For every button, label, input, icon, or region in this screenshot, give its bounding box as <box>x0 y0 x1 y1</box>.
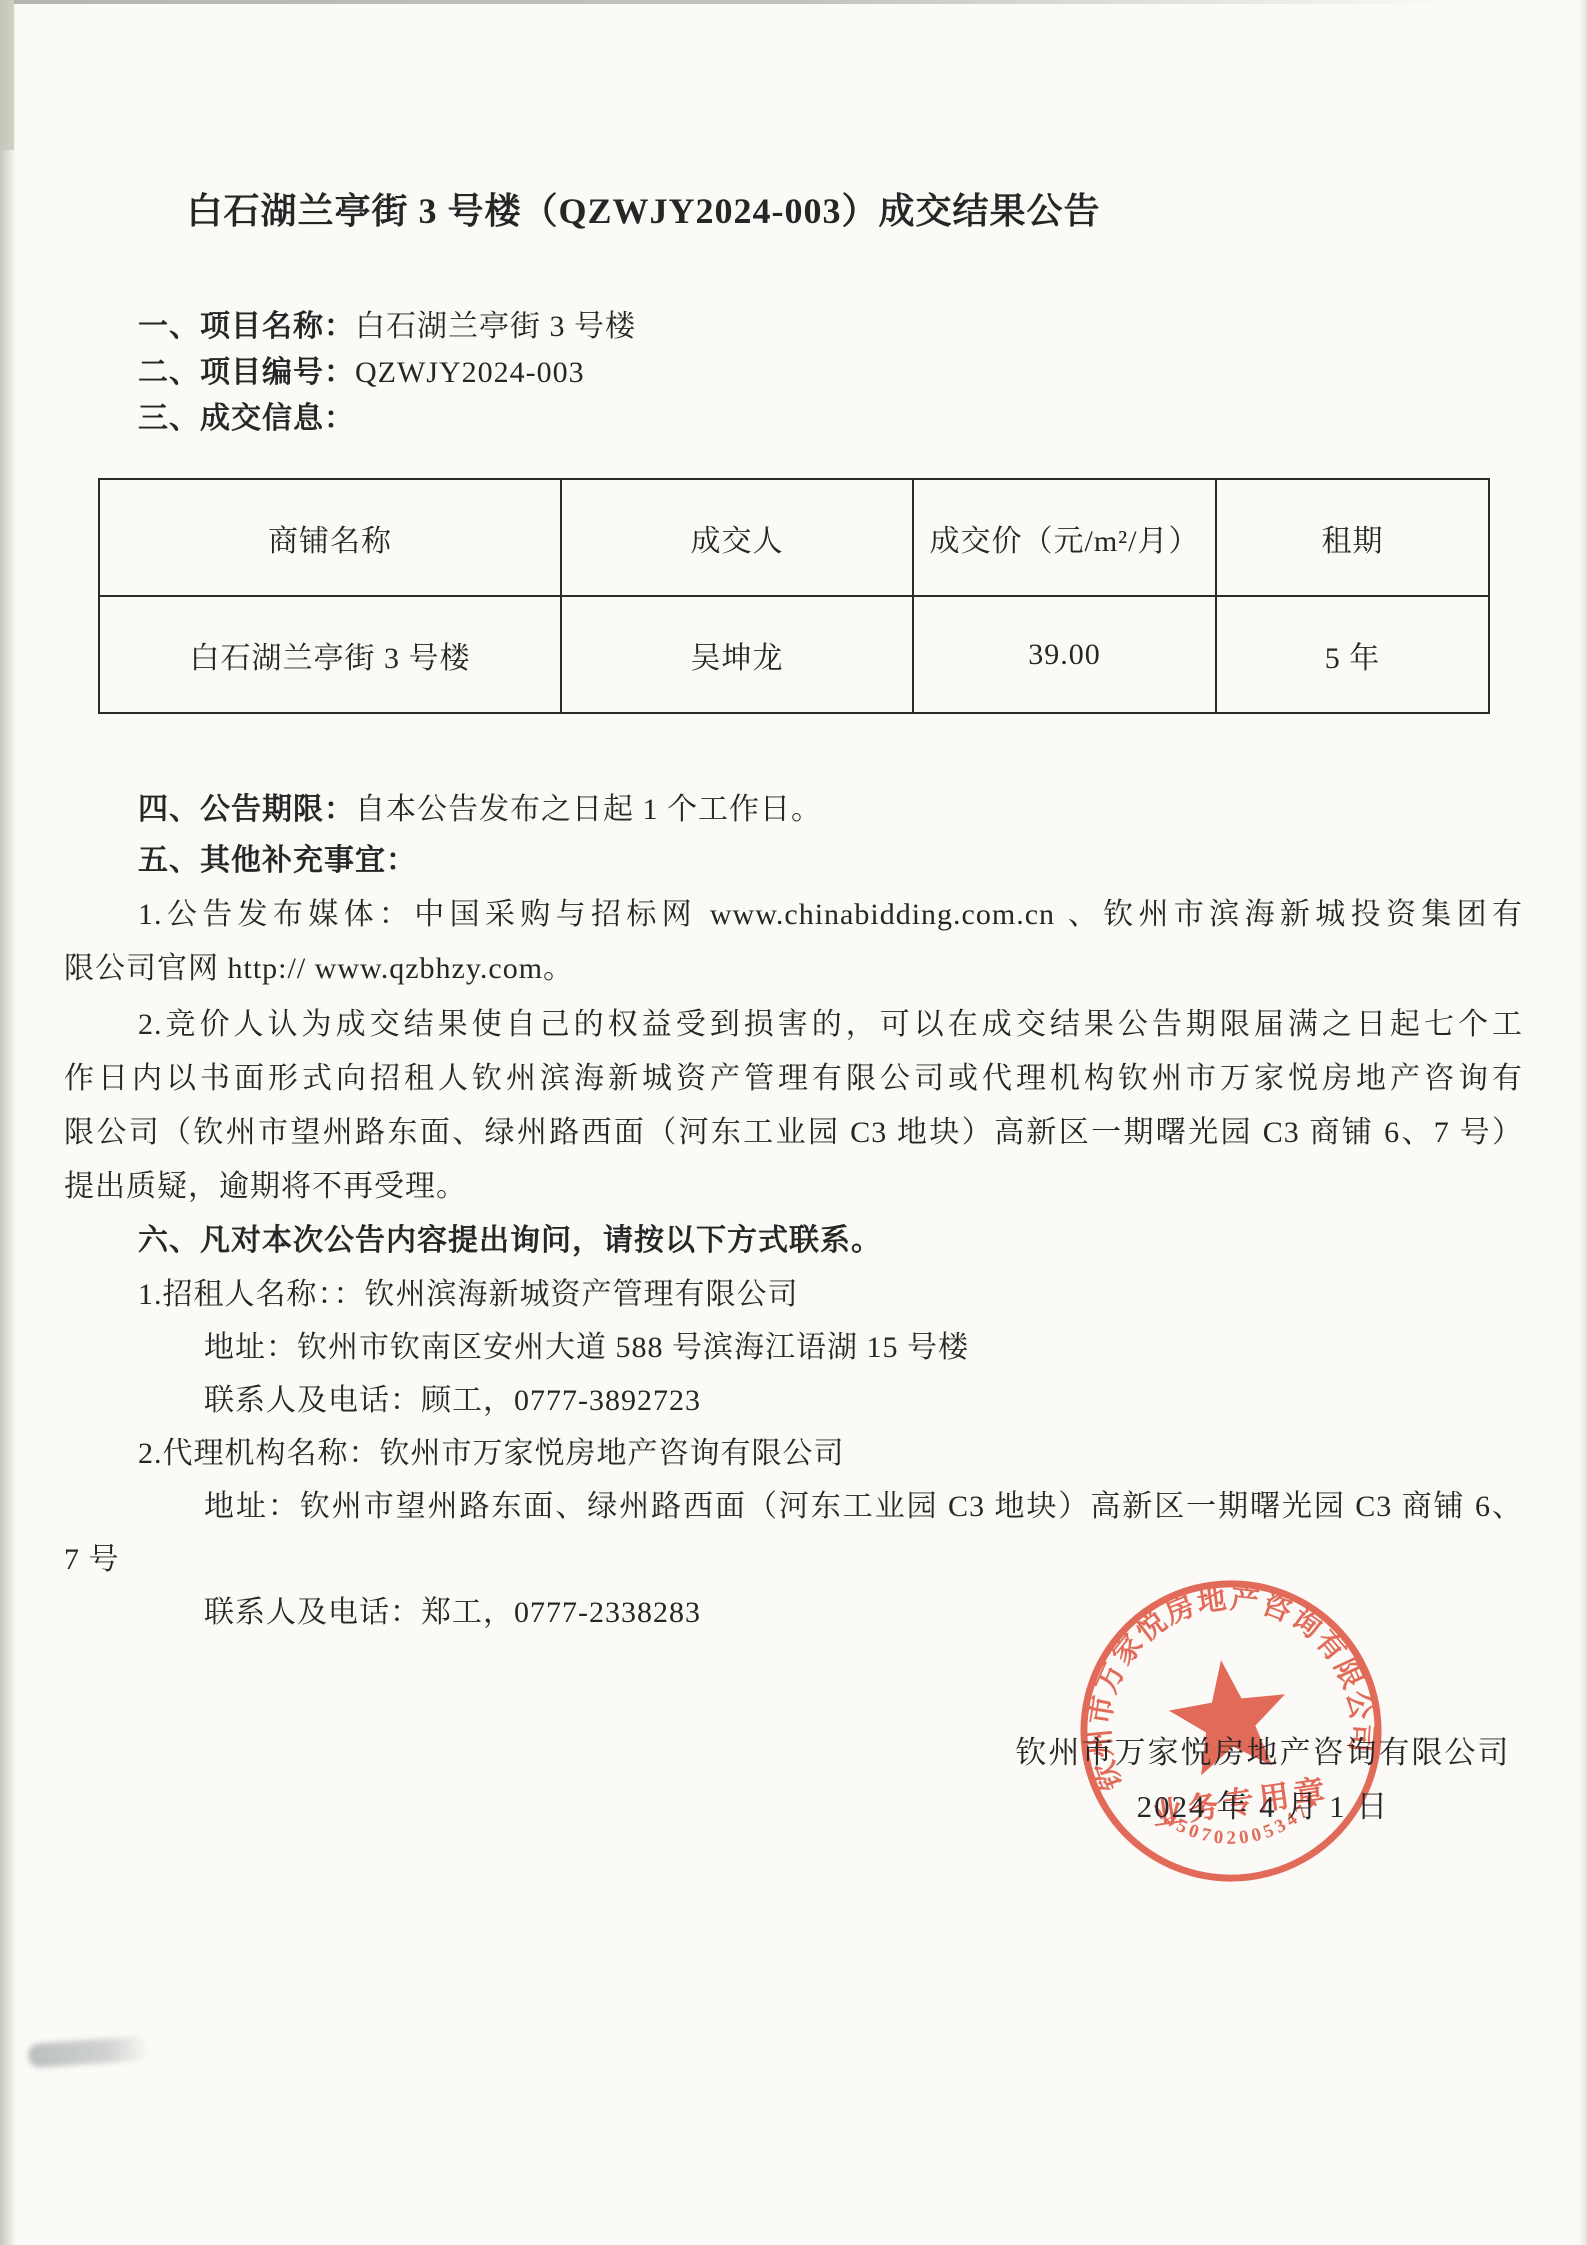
item-project-name-label: 一、项目名称： <box>138 310 355 343</box>
agency-address-line-1: 地址：钦州市望州路东面、绿州路西面（河东工业园 C3 地块）高新区一期曙光园 C… <box>64 1480 1523 1533</box>
project-info-list: 一、项目名称：白石湖兰亭街 3 号楼 二、项目编号：QZWJY2024-003 … <box>64 304 1523 442</box>
section-4-text: 自本公告发布之日起 1 个工作日。 <box>355 793 822 826</box>
lessor-name: 1.招租人名称：：钦州滨海新城资产管理有限公司 <box>64 1268 1523 1321</box>
col-header-winner: 成交人 <box>561 479 913 596</box>
table-row: 白石湖兰亭街 3 号楼 吴坤龙 39.00 5 年 <box>99 596 1489 713</box>
deal-result-table: 商铺名称 成交人 成交价（元/m²/月） 租期 白石湖兰亭街 3 号楼 吴坤龙 … <box>98 478 1490 714</box>
col-header-lease-term: 租期 <box>1216 479 1489 596</box>
scan-edge-right <box>1579 0 1587 2245</box>
document-content: 白石湖兰亭街 3 号楼（QZWJY2024-003）成交结果公告 一、项目名称：… <box>64 0 1523 1639</box>
scan-corner-shadow <box>0 0 14 150</box>
company-seal-stamp: 钦州市万家悦房地产咨询有限公司 业务专用章 4507020053474 <box>1051 1551 1410 1910</box>
cell-price: 39.00 <box>913 596 1216 713</box>
col-header-shop-name: 商铺名称 <box>99 479 561 596</box>
seal-icon: 钦州市万家悦房地产咨询有限公司 业务专用章 4507020053474 <box>1051 1551 1410 1910</box>
col-header-price: 成交价（元/m²/月） <box>913 479 1216 596</box>
cell-winner: 吴坤龙 <box>561 596 913 713</box>
section-4-announcement-period: 四、公告期限：自本公告发布之日起 1 个工作日。 <box>64 784 1523 835</box>
paragraph-objection-line-4: 提出质疑，逾期将不再受理。 <box>64 1160 1523 1214</box>
cell-lease-term: 5 年 <box>1216 596 1489 713</box>
paragraph-media-line-2: 限公司官网 http:// www.qzbhzy.com。 <box>64 942 1523 996</box>
lessor-address: 地址：钦州市钦南区安州大道 588 号滨海江语湖 15 号楼 <box>64 1321 1523 1374</box>
paragraph-objection: 2.竞价人认为成交结果使自己的权益受到损害的，可以在成交结果公告期限届满之日起七… <box>64 998 1523 1214</box>
page-title: 白石湖兰亭街 3 号楼（QZWJY2024-003）成交结果公告 <box>64 0 1523 234</box>
item-project-code-value: QZWJY2024-003 <box>355 356 585 389</box>
signature-block: 钦州市万家悦房地产咨询有限公司 2024 年 4 月 1 日 <box>1005 1736 1521 1824</box>
table-header-row: 商铺名称 成交人 成交价（元/m²/月） 租期 <box>99 479 1489 596</box>
item-project-name-value: 白石湖兰亭街 3 号楼 <box>355 310 636 343</box>
item-project-name: 一、项目名称：白石湖兰亭街 3 号楼 <box>64 304 1523 350</box>
item-project-code-label: 二、项目编号： <box>138 356 355 389</box>
signature-date: 2024 年 4 月 1 日 <box>1005 1790 1521 1824</box>
cell-shop-name: 白石湖兰亭街 3 号楼 <box>99 596 561 713</box>
section-4-label: 四、公告期限： <box>138 793 355 826</box>
agency-name: 2.代理机构名称：钦州市万家悦房地产咨询有限公司 <box>64 1427 1523 1480</box>
item-project-code: 二、项目编号：QZWJY2024-003 <box>64 350 1523 396</box>
lessor-contact-phone: 联系人及电话：顾工，0777-3892723 <box>64 1374 1523 1427</box>
paragraph-objection-line-3: 限公司（钦州市望州路东面、绿州路西面（河东工业园 C3 地块）高新区一期曙光园 … <box>64 1106 1523 1160</box>
item-deal-info-label: 三、成交信息： <box>138 402 355 435</box>
scan-smudge <box>27 2036 150 2068</box>
section-6-contact-header: 六、凡对本次公告内容提出询问，请按以下方式联系。 <box>64 1214 1523 1268</box>
paragraph-media-line-1: 1.公告发布媒体：中国采购与招标网 www.chinabidding.com.c… <box>64 888 1523 942</box>
paragraph-media: 1.公告发布媒体：中国采购与招标网 www.chinabidding.com.c… <box>64 888 1523 996</box>
sections-4-5: 四、公告期限：自本公告发布之日起 1 个工作日。 五、其他补充事宜： <box>64 784 1523 886</box>
item-deal-info: 三、成交信息： <box>64 396 1523 442</box>
paragraph-objection-line-2: 作日内以书面形式向招租人钦州滨海新城资产管理有限公司或代理机构钦州市万家悦房地产… <box>64 1052 1523 1106</box>
signature-company: 钦州市万家悦房地产咨询有限公司 <box>1005 1736 1521 1770</box>
scan-edge-left <box>0 0 16 2245</box>
scanned-document-page: 白石湖兰亭街 3 号楼（QZWJY2024-003）成交结果公告 一、项目名称：… <box>0 0 1587 2245</box>
section-5-label: 五、其他补充事宜： <box>138 844 417 877</box>
section-5-other-matters: 五、其他补充事宜： <box>64 835 1523 886</box>
paragraph-objection-line-1: 2.竞价人认为成交结果使自己的权益受到损害的，可以在成交结果公告期限届满之日起七… <box>64 998 1523 1052</box>
